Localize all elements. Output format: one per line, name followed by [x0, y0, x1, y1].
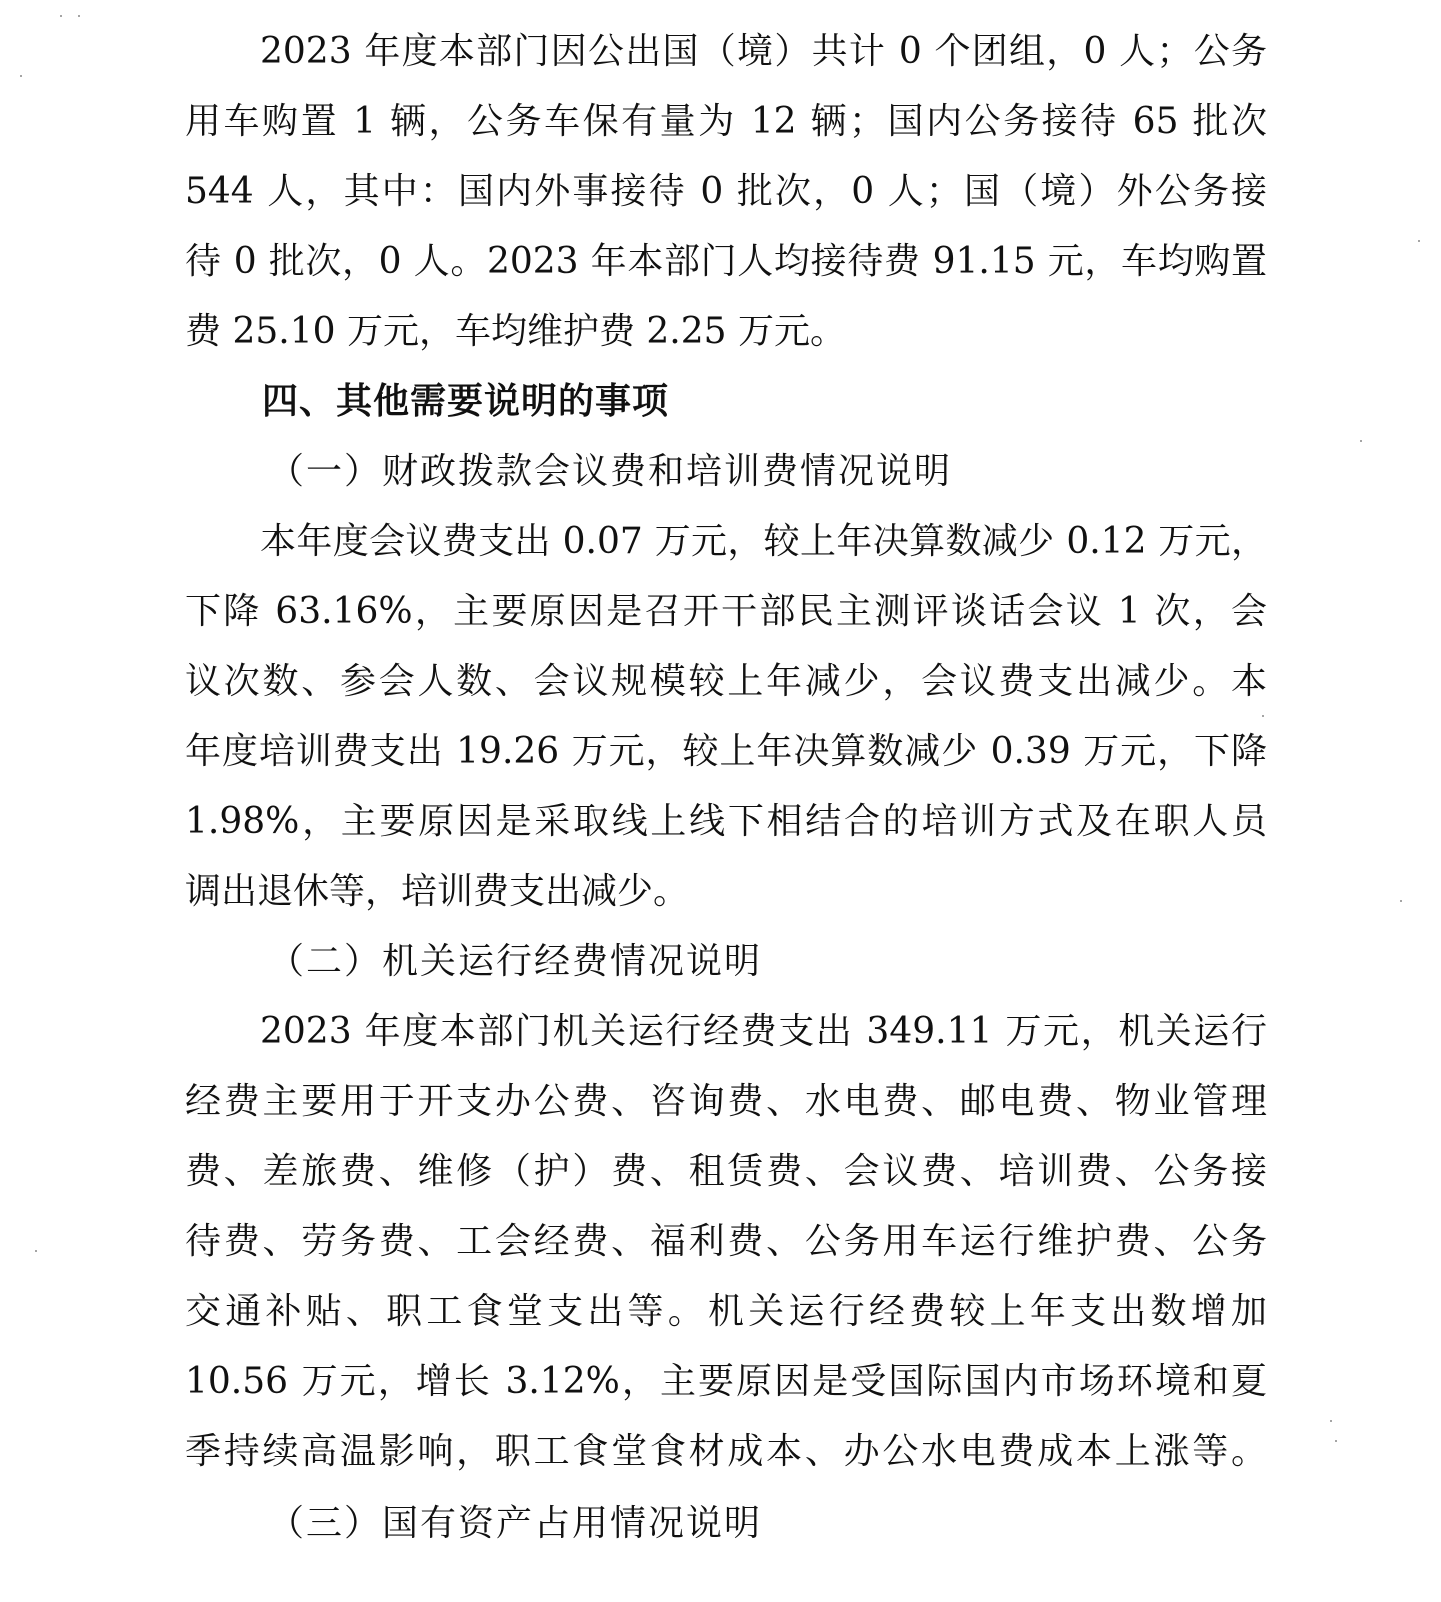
scan-speck — [1335, 1440, 1337, 1442]
section-heading-other-matters: 四、其他需要说明的事项 — [262, 372, 669, 432]
paragraph-1-line-2: 用车购置 1 辆，公务车保有量为 12 辆；国内公务接待 65 批次 — [185, 92, 1267, 152]
subsection-2-line-6: 10.56 万元，增长 3.12%，主要原因是受国际国内市场环境和夏 — [185, 1352, 1267, 1412]
subsection-1-line-1: 本年度会议费支出 0.07 万元，较上年决算数减少 0.12 万元， — [260, 512, 1267, 572]
scan-speck — [35, 1250, 37, 1252]
subsection-1-line-3: 议次数、参会人数、会议规模较上年减少，会议费支出减少。本 — [185, 652, 1267, 712]
subsection-1-line-4: 年度培训费支出 19.26 万元，较上年决算数减少 0.39 万元，下降 — [185, 722, 1267, 782]
paragraph-1-line-5: 费 25.10 万元，车均维护费 2.25 万元。 — [185, 302, 1267, 362]
subsection-1-line-5: 1.98%，主要原因是采取线上线下相结合的培训方式及在职人员 — [185, 792, 1267, 852]
scan-speck — [60, 15, 62, 17]
subsection-2-line-5: 交通补贴、职工食堂支出等。机关运行经费较上年支出数增加 — [185, 1282, 1267, 1342]
paragraph-1-line-1: 2023 年度本部门因公出国（境）共计 0 个团组，0 人；公务 — [260, 22, 1267, 82]
scan-speck — [1360, 440, 1362, 442]
scan-speck — [1418, 240, 1420, 242]
subsection-1-line-2: 下降 63.16%，主要原因是召开干部民主测评谈话会议 1 次，会 — [185, 582, 1267, 642]
subsection-heading-state-assets: （三）国有资产占用情况说明 — [268, 1494, 762, 1554]
subsection-2-line-3: 费、差旅费、维修（护）费、租赁费、会议费、培训费、公务接 — [185, 1142, 1267, 1202]
scan-speck — [1400, 900, 1402, 902]
subsection-2-line-2: 经费主要用于开支办公费、咨询费、水电费、邮电费、物业管理 — [185, 1072, 1267, 1132]
paragraph-1-line-3: 544 人，其中：国内外事接待 0 批次，0 人；国（境）外公务接 — [185, 162, 1267, 222]
subsection-1-line-6: 调出退休等，培训费支出减少。 — [185, 862, 1267, 922]
subsection-2-line-7: 季持续高温影响，职工食堂食材成本、办公水电费成本上涨等。 — [185, 1422, 1267, 1482]
paragraph-1-line-4: 待 0 批次，0 人。2023 年本部门人均接待费 91.15 元，车均购置 — [185, 232, 1267, 292]
scan-speck — [20, 75, 22, 77]
subsection-heading-meeting-training-fees: （一）财政拨款会议费和培训费情况说明 — [268, 442, 952, 502]
subsection-heading-operating-expenses: （二）机关运行经费情况说明 — [268, 932, 762, 992]
scan-speck — [78, 15, 80, 17]
scanned-document-page: 2023 年度本部门因公出国（境）共计 0 个团组，0 人；公务 用车购置 1 … — [0, 0, 1441, 1602]
scan-speck — [1262, 715, 1264, 717]
scan-speck — [1330, 1420, 1332, 1422]
subsection-2-line-4: 待费、劳务费、工会经费、福利费、公务用车运行维护费、公务 — [185, 1212, 1267, 1272]
subsection-2-line-1: 2023 年度本部门机关运行经费支出 349.11 万元，机关运行 — [260, 1002, 1267, 1062]
